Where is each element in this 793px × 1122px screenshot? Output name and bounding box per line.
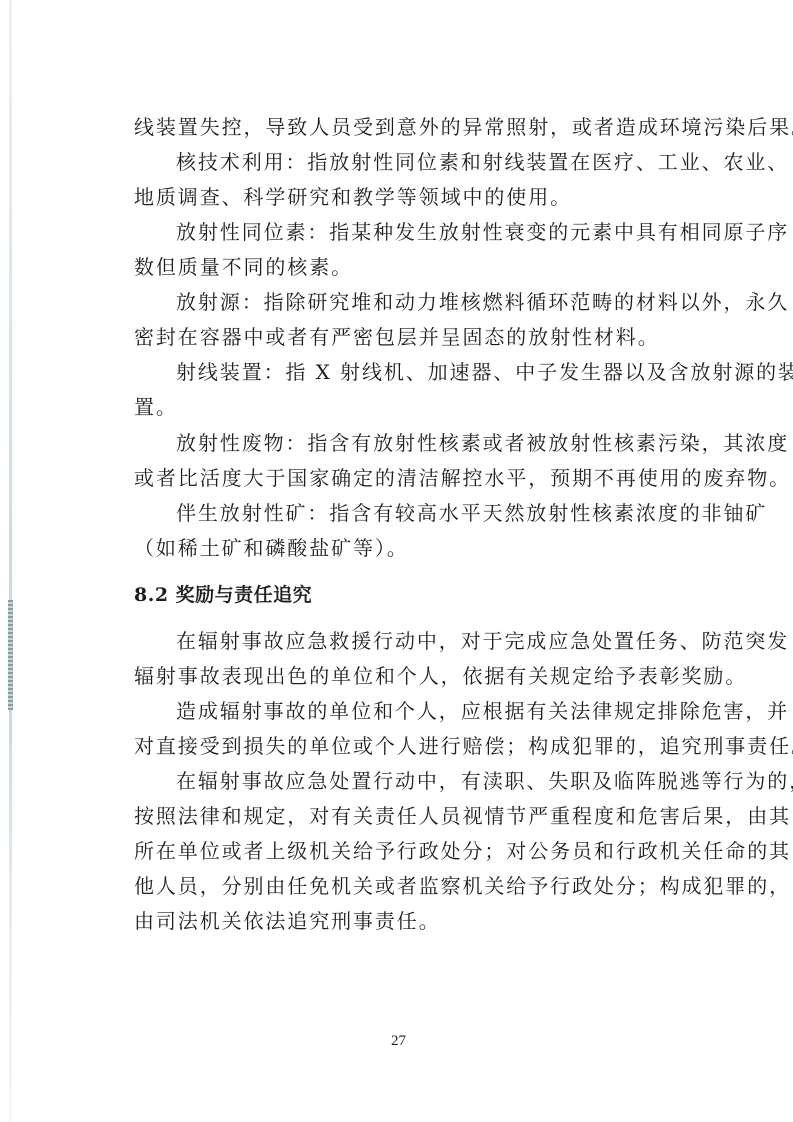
scan-edge-mark — [8, 600, 13, 710]
paragraph-line: 数但质量不同的核素。 — [134, 252, 353, 282]
section-heading: 8.2 奖励与责任追究 — [134, 580, 312, 610]
paragraph-line: 核技术利用：指放射性同位素和射线装置在医疗、工业、农业、 — [176, 147, 789, 177]
scan-edge-artifact — [9, 0, 12, 1122]
paragraph-line: 按照法律和规定，对有关责任人员视情节严重程度和危害后果，由其 — [134, 801, 791, 831]
paragraph-line: 密封在容器中或者有严密包层并呈固态的放射性材料。 — [134, 322, 660, 352]
paragraph-line: 放射源：指除研究堆和动力堆核燃料循环范畴的材料以外，永久 — [176, 287, 789, 317]
paragraph-line: 置。 — [134, 392, 178, 422]
paragraph-line: 在辐射事故应急救援行动中，对于完成应急处置任务、防范突发 — [176, 626, 789, 656]
paragraph-line: 他人员，分别由任免机关或者监察机关给予行政处分；构成犯罪的， — [134, 871, 791, 901]
paragraph-line: 造成辐射事故的单位和个人，应根据有关法律规定排除危害，并 — [176, 696, 789, 726]
paragraph-line: 在辐射事故应急处置行动中，有渎职、失职及临阵脱逃等行为的， — [176, 766, 793, 796]
paragraph-line: 放射性废物：指含有放射性核素或者被放射性核素污染，其浓度 — [176, 428, 789, 458]
paragraph-line: 辐射事故表现出色的单位和个人，依据有关规定给予表彰奖励。 — [134, 661, 747, 691]
paragraph-line: 放射性同位素：指某种发生放射性衰变的元素中具有相同原子序 — [176, 217, 789, 247]
paragraph-line: 或者比活度大于国家确定的清洁解控水平，预期不再使用的废弃物。 — [134, 463, 791, 493]
paragraph-line: 对直接受到损失的单位或个人进行赔偿；构成犯罪的，追究刑事责任。 — [134, 731, 793, 761]
paragraph-line: （如稀土矿和磷酸盐矿等）。 — [134, 533, 409, 563]
paragraph-line: 由司法机关依法追究刑事责任。 — [134, 906, 441, 936]
paragraph-line: 地质调查、科学研究和教学等领域中的使用。 — [134, 182, 572, 212]
page-number: 27 — [391, 1033, 406, 1050]
paragraph-line: 线装置失控，导致人员受到意外的异常照射，或者造成环境污染后果。 — [134, 112, 793, 142]
paragraph-line: 射线装置：指 X 射线机、加速器、中子发生器以及含放射源的装 — [176, 357, 793, 387]
paragraph-line: 伴生放射性矿：指含有较高水平天然放射性核素浓度的非铀矿 — [176, 498, 767, 528]
paragraph-line: 所在单位或者上级机关给予行政处分；对公务员和行政机关任命的其 — [134, 836, 791, 866]
